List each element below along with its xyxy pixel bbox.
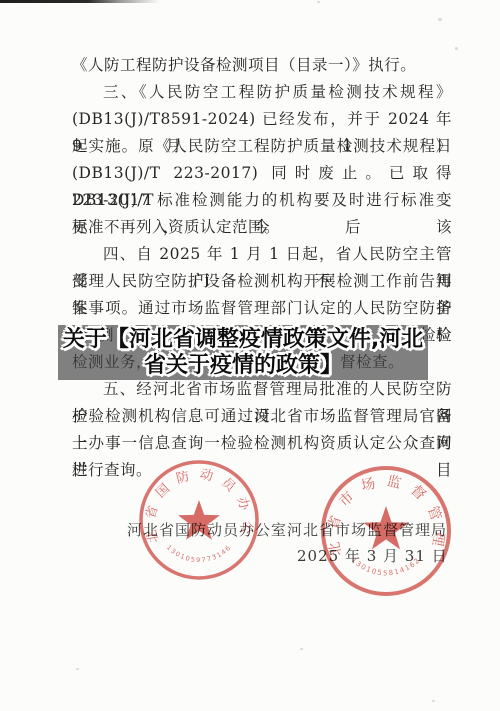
overlay-title-line2: 省关于疫情的政策】	[144, 353, 342, 379]
seal-star-icon	[363, 506, 409, 549]
seal-star-icon	[178, 500, 220, 540]
official-seal-left: 河北省国防动员办公室 1301059773146	[134, 452, 264, 586]
document-line: 《人防工程防护设备检测项目（目录一）》执行。	[72, 52, 452, 79]
seal-code: 1301055814162	[350, 556, 422, 577]
scan-speck	[317, 1, 320, 3]
document-line: (DB13(J)/T8591-2024) 已经发布，并于 2024 年 9 月 …	[72, 106, 452, 133]
document-line: 五、经河北省市场监督管理局批准的人民防空防护设备	[72, 376, 452, 403]
document-line: 223-2017 标准检测能力的机构要及时进行标准变更，今后该	[72, 187, 452, 214]
document-line: 起实施。原《人民防空工程防护质量检测技术规程》	[72, 133, 452, 160]
scan-speck	[455, 47, 458, 50]
official-seal-right: 河北省市场监督管理局 1301055814162	[316, 458, 456, 604]
scan-edge-artifact	[0, 0, 160, 3]
scan-speck	[300, 648, 303, 650]
scan-speck	[76, 668, 79, 670]
document-line: 受理人民防空防护设备检测机构开展检测工作前告知性备	[72, 268, 452, 295]
document-line: (DB13(J)/T 223-2017) 同时废止。已取得 DB13(J)/T	[72, 160, 452, 187]
document-line: 四、自 2025 年 1 月 1 日起，省人民防空主管部门不再	[72, 241, 452, 268]
scan-speck	[432, 700, 435, 702]
scan-speck	[438, 18, 442, 21]
document-line: 检验检测机构信息可通过河北省市场监督管理局官网一网	[72, 403, 452, 430]
document-line: 案事项。通过市场监督管理部门认定的人民防空防护设备检	[72, 295, 452, 322]
document-body: 《人防工程防护设备检测项目（目录一）》执行。三、《人民防空工程防护质量检测技术规…	[72, 52, 452, 484]
seal-code: 1301059773146	[165, 543, 233, 564]
document-line: 三、《人民防空工程防护质量检测技术规程》	[72, 79, 452, 106]
overlay-title-banner: 关于【河北省调整疫情政策文件,河北 省关于疫情的政策】	[58, 325, 428, 380]
overlay-title-line1: 关于【河北省调整疫情政策文件,河北	[63, 327, 423, 353]
scanned-document-page: 《人防工程防护设备检测项目（目录一）》执行。三、《人民防空工程防护质量检测技术规…	[0, 0, 500, 711]
